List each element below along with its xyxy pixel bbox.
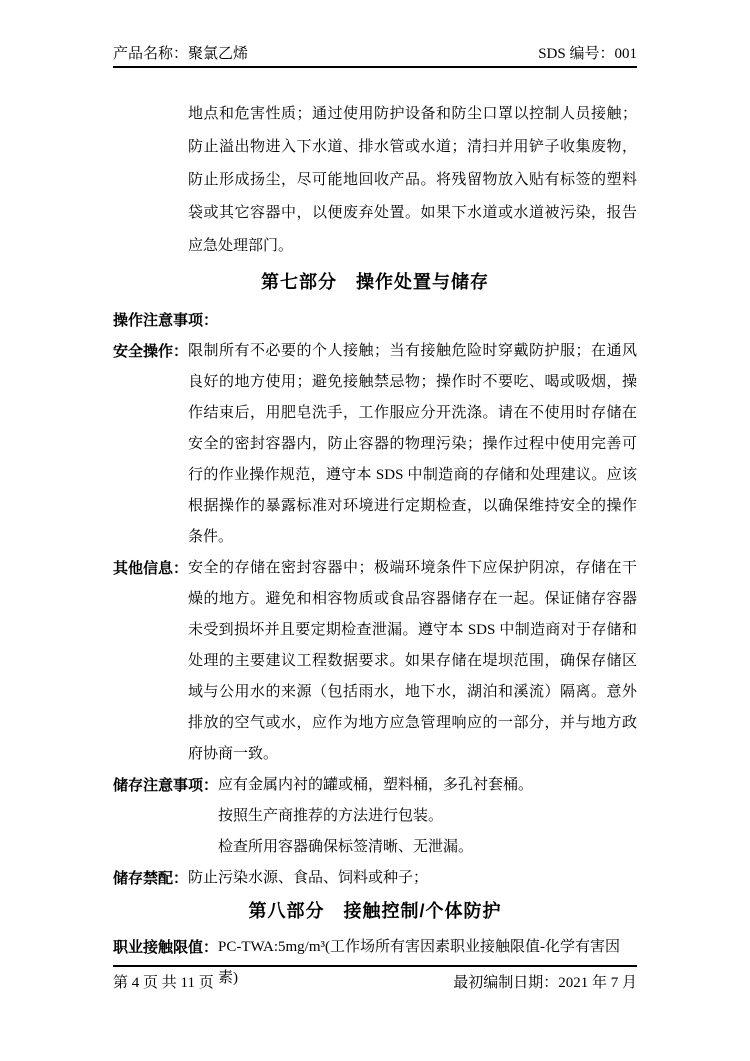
footer-page-number: 第 4 页 共 11 页: [113, 971, 214, 992]
storage-incompatibility-label: 储存禁配：: [113, 863, 188, 894]
oel-label: 职业接触限值：: [113, 932, 218, 963]
other-info-label: 其他信息：: [113, 553, 188, 584]
storage-notes-item: 储存注意事项： 应有金属内衬的罐或桶，塑料桶，多孔衬套桶。 按照生产商推荐的方法…: [113, 770, 637, 863]
storage-notes-label: 储存注意事项：: [113, 770, 218, 801]
section7-title: 第七部分 操作处置与储存: [113, 269, 637, 295]
intro-paragraph: 地点和危害性质；通过使用防护设备和防尘口罩以控制人员接触；防止溢出物进入下水道、…: [188, 98, 637, 263]
storage-note-line: 按照生产商推荐的方法进行包装。: [218, 801, 637, 832]
page-header: 产品名称：聚氯乙烯 SDS 编号：001: [113, 42, 637, 68]
storage-note-line: 应有金属内衬的罐或桶，塑料桶，多孔衬套桶。: [218, 770, 637, 801]
handling-precautions-heading: 操作注意事项：: [113, 305, 637, 336]
safe-handling-label: 安全操作：: [113, 336, 188, 367]
section8-title: 第八部分 接触控制/个体防护: [113, 898, 637, 924]
storage-incompatibility-text: 防止污染水源、食品、饲料或种子；: [188, 863, 637, 894]
other-info-item: 其他信息： 安全的存储在密封容器中；极端环境条件下应保护阴凉，存储在干燥的地方。…: [113, 553, 637, 770]
storage-notes-lines: 应有金属内衬的罐或桶，塑料桶，多孔衬套桶。 按照生产商推荐的方法进行包装。 检查…: [218, 770, 637, 863]
header-product-name: 产品名称：聚氯乙烯: [113, 42, 248, 63]
other-info-text: 安全的存储在密封容器中；极端环境条件下应保护阴凉，存储在干燥的地方。避免和相容物…: [188, 553, 637, 770]
page-footer: 第 4 页 共 11 页 最初编制日期：2021 年 7 月: [113, 965, 637, 992]
storage-incompatibility-item: 储存禁配： 防止污染水源、食品、饲料或种子；: [113, 863, 637, 894]
safe-handling-item: 安全操作： 限制所有不必要的个人接触；当有接触危险时穿戴防护服；在通风良好的地方…: [113, 336, 637, 553]
footer-initial-date: 最初编制日期：2021 年 7 月: [453, 971, 637, 992]
page-content: 地点和危害性质；通过使用防护设备和防尘口罩以控制人员接触；防止溢出物进入下水道、…: [113, 98, 637, 994]
storage-note-line: 检查所用容器确保标签清晰、无泄漏。: [218, 832, 637, 863]
header-sds-number: SDS 编号：001: [538, 42, 637, 63]
safe-handling-text: 限制所有不必要的个人接触；当有接触危险时穿戴防护服；在通风良好的地方使用；避免接…: [188, 336, 637, 553]
sds-document-page: 产品名称：聚氯乙烯 SDS 编号：001 地点和危害性质；通过使用防护设备和防尘…: [0, 0, 750, 1061]
